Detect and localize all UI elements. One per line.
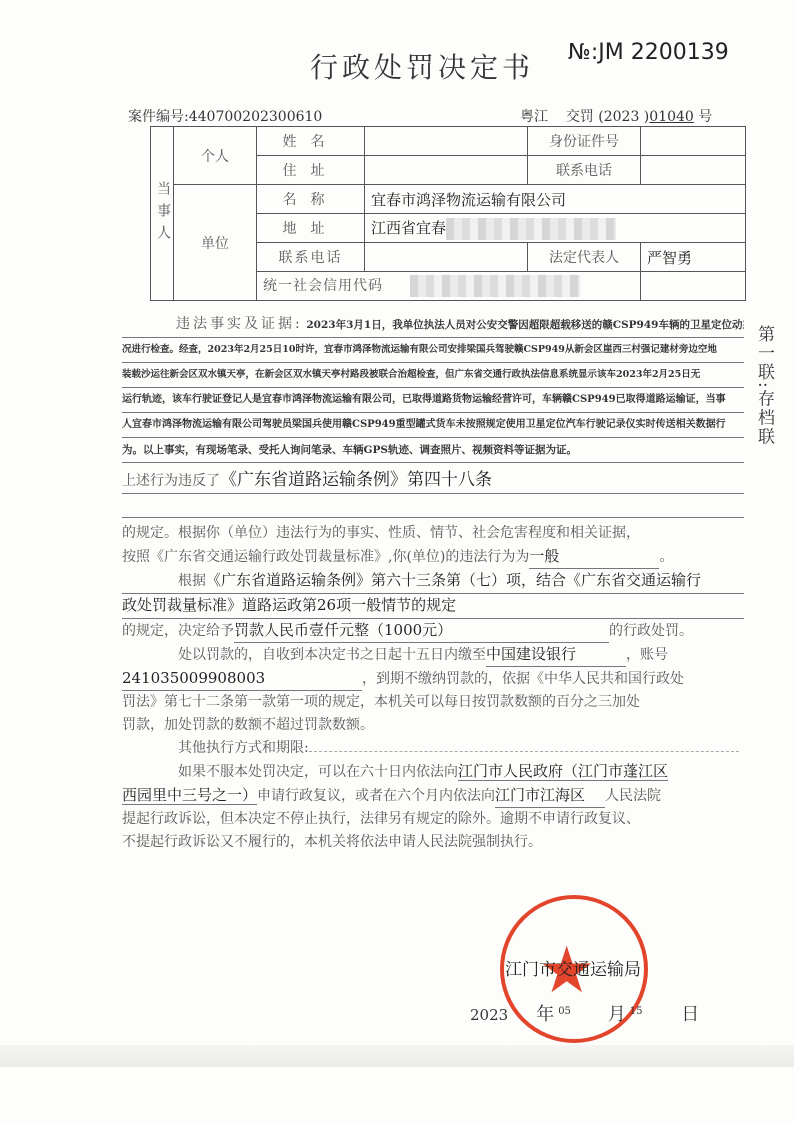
party-table: 当事人 个人 姓名 身份证件号 住址 联系电话 单位 名称 宜春市鸿泽物流运输有…: [150, 126, 746, 301]
year-unit: 年: [536, 1004, 554, 1025]
redacted-mosaic: [446, 218, 616, 240]
according-line: 政处罚裁量标准》道路运政第26项一般情节的规定: [122, 594, 744, 619]
appeal-court: 江门市江海区: [495, 784, 605, 808]
party-group-cell: 当事人: [151, 127, 174, 301]
blank-line: [122, 494, 744, 518]
facts-line: 为。以上事实，有现场笔录、受托人询问笔录、车辆GPS轨迹、调查照片、视频资料等证…: [122, 438, 744, 463]
late-text: ，到期不缴纳罚款的，依据《中华人民共和国行政处: [362, 671, 684, 687]
facts-text: 2023年3月1日，我单位执法人员对公安交警因超限超载移送的赣CSP949车辆的…: [306, 319, 744, 331]
basis-prefix: 按照《广东省交通运输行政处罚裁量标准》,你(单位)的违法行为为: [122, 549, 529, 565]
id-label: 身份证件号: [528, 127, 641, 156]
appeal-gov2: 西园里中三号之一）: [122, 786, 257, 805]
phone-label: 联系电话: [528, 156, 641, 185]
day-unit: 日: [681, 1004, 699, 1025]
account-label: ，账号: [626, 647, 668, 663]
other-label: 其他执行方式和期限:: [178, 740, 309, 756]
facts-heading: 违法事实及证据:: [176, 316, 303, 332]
doc-type: 交罚: [566, 109, 594, 125]
scan-edge: [0, 1045, 794, 1067]
org-phone-label: 联系电话: [257, 243, 365, 272]
facts-line: 装载沙运往新会区双水镇天亭，在新会区双水镇天亭村路段被联合治超检查，但广东省交通…: [122, 363, 744, 388]
violation-line: 上述行为违反了《广东省道路运输条例》第四十八条: [122, 469, 744, 494]
penalty-line: 的规定，决定给予罚款人民币壹仟元整（1000元）的行政处罚。: [122, 619, 744, 643]
appeal-mid: 申请行政复议，或者在六个月内依法向: [257, 788, 495, 804]
penalty-value: 罚款人民币壹仟元整（1000元）: [234, 619, 609, 643]
date-year: 2023: [470, 1006, 508, 1024]
appeal-text-line: 提起行政诉讼，但本决定不停止执行，法律另有规定的除外。逾期不申请行政复议、: [122, 808, 744, 831]
residence-value: [365, 156, 528, 185]
org-name-value: 宜春市鸿泽物流运输有限公司: [365, 185, 746, 214]
individual-label: 个人: [174, 127, 257, 185]
legal-rep-value: 严智勇: [641, 243, 746, 272]
payment-prefix: 处以罚款的，自收到本决定书之日起十五日内缴至: [178, 647, 486, 663]
violation-prefix: 上述行为违反了: [122, 473, 220, 489]
serial-number: №:JM 2200139: [568, 40, 729, 65]
issue-date: 2023年05 月15 日: [470, 1000, 703, 1026]
appeal-prefix: 如果不服本处罚决定，可以在六十日内依法向: [178, 764, 458, 780]
name-label: 姓名: [257, 127, 365, 156]
facts-line: 人宜春市鸿泽物流运输有限公司驾驶员梁国兵使用赣CSP949重型罐式货车未按照规定…: [122, 413, 744, 438]
violated-law: 《广东省道路运输条例》第四十八条: [220, 470, 492, 490]
document-page: 行政处罚决定书 №:JM 2200139 案件编号:44070020230061…: [0, 0, 794, 1123]
appeal-gov: 江门市人民政府（江门市蓬江区: [458, 762, 668, 781]
document-title: 行政处罚决定书: [310, 46, 534, 86]
redacted-mosaic: [410, 275, 580, 297]
org-name-label: 名称: [257, 185, 365, 214]
doc-seq: 01040: [649, 109, 694, 125]
id-value: [641, 127, 746, 156]
facts-line: 况进行检查。经查，2023年2月25日10时许，宜春市鸿泽物流运输有限公司安排梁…: [122, 338, 744, 363]
penalty-prefix: 的规定，决定给予: [122, 623, 234, 639]
credit-code-extra: [641, 272, 746, 301]
account-line: 241035009908003，到期不缴纳罚款的，依据《中华人民共和国行政处: [122, 667, 744, 691]
name-value: [365, 127, 528, 156]
payment-line: 处以罚款的，自收到本决定书之日起十五日内缴至中国建设银行，账号: [122, 643, 744, 667]
document-body: 违法事实及证据: 2023年3月1日，我单位执法人员对公安交警因超限超载移送的赣…: [122, 312, 744, 854]
basis-line: 按照《广东省交通运输行政处罚裁量标准》,你(单位)的违法行为为一般。: [122, 545, 744, 569]
penalty-suffix: 的行政处罚。: [609, 623, 693, 639]
according-line: 根据《广东省道路运输条例》第六十三条第（七）项，结合《广东省交通运输行: [122, 569, 744, 594]
date-day: 15: [630, 1006, 643, 1017]
address-value: 江西省宜春: [365, 214, 746, 243]
other-line: 其他执行方式和期限:: [122, 737, 744, 760]
address-text: 江西省宜春: [371, 219, 446, 237]
date-month: 05: [558, 1006, 571, 1017]
severity-value: 一般: [529, 545, 659, 569]
doc-year: (2023 ): [598, 109, 649, 125]
according-text2: 政处罚裁量标准》道路运政第26项一般情节的规定: [122, 596, 456, 614]
case-number: 案件编号:440700202300610: [128, 106, 322, 126]
according-prefix: 根据: [178, 573, 206, 589]
facts-line: 违法事实及证据: 2023年3月1日，我单位执法人员对公安交警因超限超载移送的赣…: [122, 312, 744, 338]
decision-section: 上述行为违反了《广东省道路运输条例》第四十八条 的规定。根据你（单位）违法行为的…: [122, 469, 744, 854]
month-unit: 月: [608, 1004, 626, 1025]
according-text: 《广东省道路运输条例》第六十三条第（七）项，结合《广东省交通运输行: [206, 571, 701, 589]
copy-label: 第一联:存档联: [752, 325, 777, 447]
case-number-label: 案件编号:: [128, 109, 189, 125]
doc-suffix: 号: [698, 109, 712, 125]
org-phone-value: [365, 243, 528, 272]
facts-section: 违法事实及证据: 2023年3月1日，我单位执法人员对公安交警因超限超载移送的赣…: [122, 312, 744, 463]
legal-rep-label: 法定代表人: [528, 243, 641, 272]
credit-code-row: 统一社会信用代码: [257, 272, 641, 301]
case-number-value: 440700202300610: [189, 109, 323, 125]
document-number: 粤江 交罚 (2023 )01040 号: [520, 106, 712, 126]
party-group-label: 当事人: [151, 181, 173, 247]
late-text-line: 罚款，加处罚款的数额不超过罚款数额。: [122, 714, 744, 737]
unit-label: 单位: [174, 185, 257, 301]
issuing-org: 江门市交通运输局: [505, 955, 641, 980]
account-value: 241035009908003: [122, 667, 362, 691]
appeal-court-suffix: 人民法院: [605, 788, 661, 804]
bank-value: 中国建设银行: [486, 643, 626, 667]
doc-prefix: 粤江: [520, 109, 548, 125]
residence-label: 住址: [257, 156, 365, 185]
credit-code-label: 统一社会信用代码: [263, 278, 383, 294]
address-label: 地址: [257, 214, 365, 243]
phone-value: [641, 156, 746, 185]
appeal-text-line: 不提起行政诉讼又不履行的，本机关将依法申请人民法院强制执行。: [122, 831, 744, 854]
appeal-line: 西园里中三号之一）申请行政复议，或者在六个月内依法向江门市江海区人民法院: [122, 784, 744, 808]
late-text-line: 罚法》第七十二条第一款第一项的规定，本机关可以每日按罚款数额的百分之三加处: [122, 691, 744, 714]
appeal-line: 如果不服本处罚决定，可以在六十日内依法向江门市人民政府（江门市蓬江区: [122, 760, 744, 784]
basis-line: 的规定。根据你（单位）违法行为的事实、性质、情节、社会危害程度和相关证据，: [122, 522, 744, 545]
facts-line: 运行轨迹，该车行驶证登记人是宜春市鸿泽物流运输有限公司，已取得道路货物运输经营许…: [122, 388, 744, 413]
